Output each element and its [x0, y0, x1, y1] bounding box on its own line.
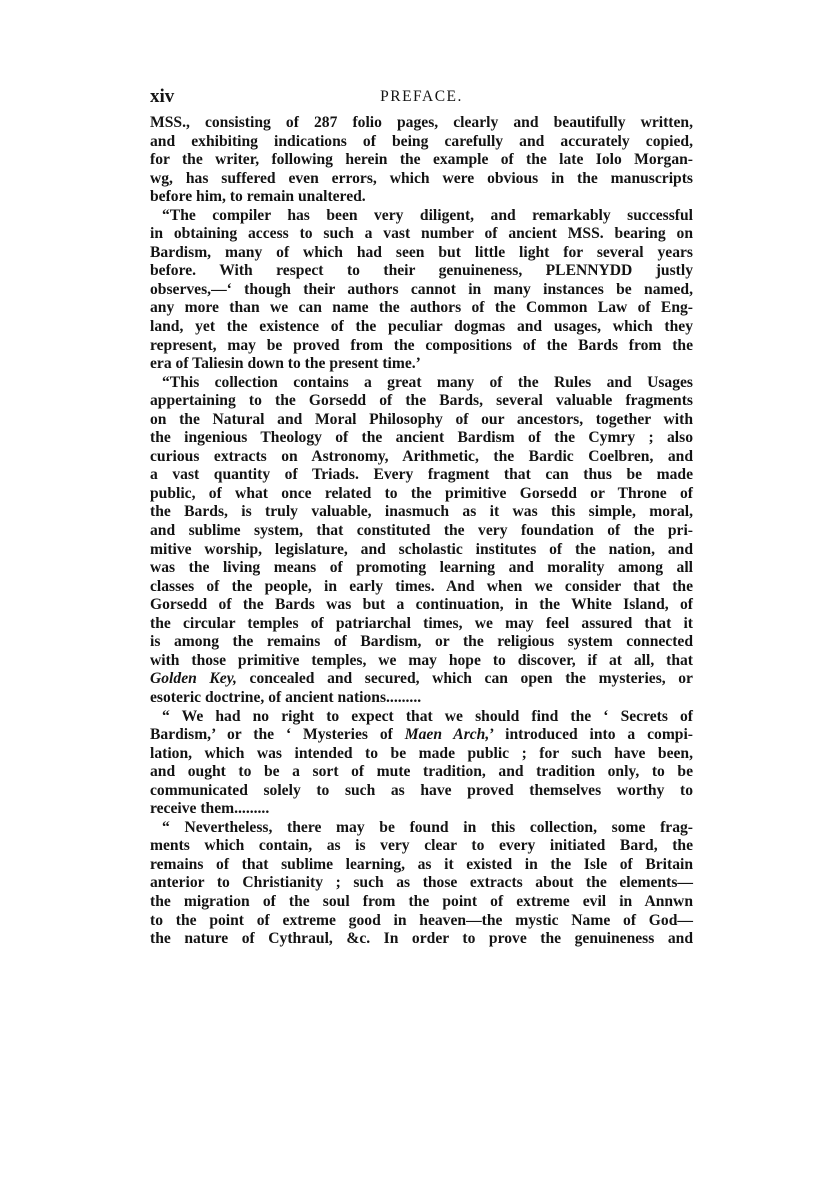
text-run: concealed and secured, which can open th… — [237, 670, 693, 687]
text-line: represent, may be proved from the compos… — [150, 337, 693, 356]
italic-phrase: Maen Arch, — [405, 726, 490, 743]
text-line: for the writer, following herein the exa… — [150, 151, 693, 170]
text-line: land, yet the existence of the peculiar … — [150, 318, 693, 337]
text-line: was the living means of promoting learni… — [150, 559, 693, 578]
text-line: the Bards, is truly valuable, inasmuch a… — [150, 503, 693, 522]
text-line: Gorsedd of the Bards was but a continuat… — [150, 596, 693, 615]
text-line: communicated solely to such as have prov… — [150, 782, 693, 801]
text-line: wg, has suffered even errors, which were… — [150, 170, 693, 189]
text-line: and exhibiting indications of being care… — [150, 133, 693, 152]
text-line: Bardism,’ or the ‘ Mysteries of Maen Arc… — [150, 726, 693, 745]
text-line: on the Natural and Moral Philosophy of o… — [150, 411, 693, 430]
text-line: before. With respect to their genuinenes… — [150, 262, 693, 281]
text-line: anterior to Christianity ; such as those… — [150, 874, 693, 893]
text-line: remains of that sublime learning, as it … — [150, 856, 693, 875]
text-line: era of Taliesin down to the present time… — [150, 355, 693, 374]
text-line: “ We had no right to expect that we shou… — [150, 708, 693, 727]
text-line: the circular temples of patriarchal time… — [150, 615, 693, 634]
text-line: in obtaining access to such a vast numbe… — [150, 225, 693, 244]
text-line: Bardism, many of which had seen but litt… — [150, 244, 693, 263]
text-line: a vast quantity of Triads. Every fragmen… — [150, 466, 693, 485]
text-line: “ Nevertheless, there may be found in th… — [150, 819, 693, 838]
text-line: curious extracts on Astronomy, Arithmeti… — [150, 448, 693, 467]
text-line: “The compiler has been very diligent, an… — [150, 207, 693, 226]
text-line: public, of what once related to the prim… — [150, 485, 693, 504]
italic-phrase: Golden Key, — [150, 670, 237, 687]
text-line: Golden Key, concealed and secured, which… — [150, 670, 693, 689]
text-line: the ingenious Theology of the ancient Ba… — [150, 429, 693, 448]
text-line: lation, which was intended to be made pu… — [150, 745, 693, 764]
text-line: mitive worship, legislature, and scholas… — [150, 541, 693, 560]
text-line: the nature of Cythraul, &c. In order to … — [150, 930, 693, 949]
text-line: ments which contain, as is very clear to… — [150, 837, 693, 856]
text-line: esoteric doctrine, of ancient nations...… — [150, 689, 693, 708]
text-line: the migration of the soul from the point… — [150, 893, 693, 912]
text-line: classes of the people, in early times. A… — [150, 578, 693, 597]
text-line: receive them......... — [150, 800, 693, 819]
text-run: Bardism,’ or the ‘ Mysteries of — [150, 726, 405, 743]
text-line: before him, to remain unaltered. — [150, 188, 693, 207]
text-line: with those primitive temples, we may hop… — [150, 652, 693, 671]
text-line: any more than we can name the authors of… — [150, 299, 693, 318]
text-line: and ought to be a sort of mute tradition… — [150, 763, 693, 782]
text-line: “This collection contains a great many o… — [150, 374, 693, 393]
page-title: PREFACE. — [150, 88, 693, 106]
text-line: appertaining to the Gorsedd of the Bards… — [150, 392, 693, 411]
running-head: xiv PREFACE. — [150, 86, 693, 114]
body-text: MSS., consisting of 287 folio pages, cle… — [150, 114, 693, 949]
text-run: ’ introduced into a compi- — [489, 726, 693, 743]
text-line: MSS., consisting of 287 folio pages, cle… — [150, 114, 693, 133]
text-line: to the point of extreme good in heaven—t… — [150, 912, 693, 931]
text-line: and sublime system, that constituted the… — [150, 522, 693, 541]
book-page: xiv PREFACE. MSS., consisting of 287 fol… — [150, 86, 693, 949]
text-line: is among the remains of Bardism, or the … — [150, 633, 693, 652]
text-line: observes,—‘ though their authors cannot … — [150, 281, 693, 300]
